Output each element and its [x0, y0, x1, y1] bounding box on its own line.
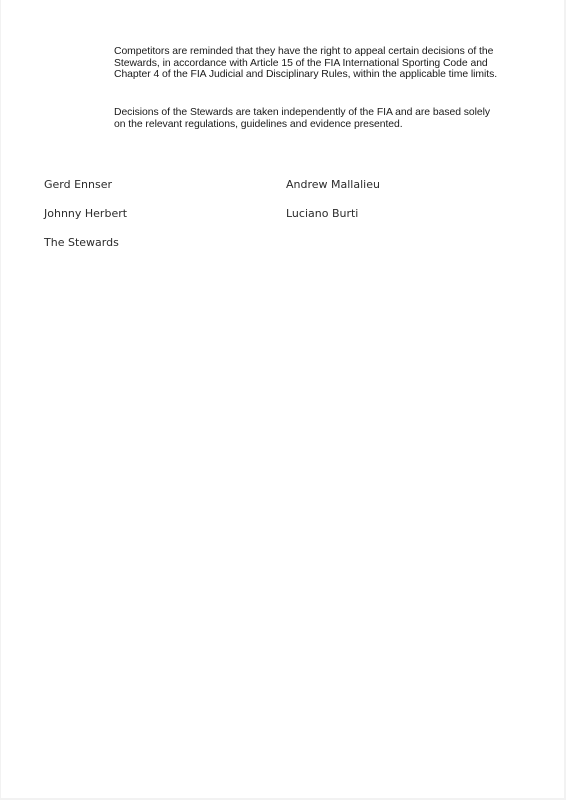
steward-name: Andrew Mallalieu — [286, 178, 380, 192]
steward-name: Johnny Herbert — [44, 207, 127, 221]
notice-line: Stewards, in accordance with Article 15 … — [114, 58, 534, 70]
steward-name: Gerd Ennser — [44, 178, 112, 192]
notice-line: on the relevant regulations, guidelines … — [114, 119, 534, 131]
document-page: Competitors are reminded that they have … — [1, 0, 564, 798]
notice-line: Decisions of the Stewards are taken inde… — [114, 107, 534, 119]
steward-name: Luciano Burti — [286, 207, 358, 221]
stewards-signature-label: The Stewards — [44, 236, 119, 250]
notice-line: Chapter 4 of the FIA Judicial and Discip… — [114, 69, 534, 81]
appeal-rights-notice: Competitors are reminded that they have … — [114, 46, 534, 81]
stewards-independence-notice: Decisions of the Stewards are taken inde… — [114, 107, 534, 130]
notice-line: Competitors are reminded that they have … — [114, 46, 534, 58]
